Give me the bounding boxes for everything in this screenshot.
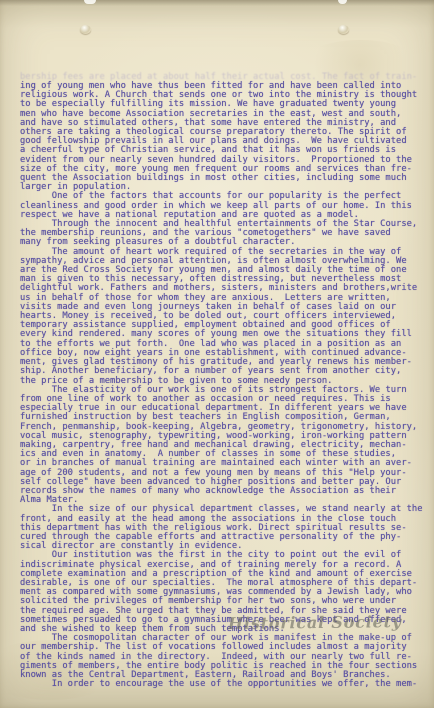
staple-dimple-mark: [338, 25, 349, 34]
paragraph: The amount of heart work required of the…: [20, 248, 426, 386]
paragraph: One of the factors that accounts for our…: [20, 192, 426, 220]
paragraph: In the size of our physical department c…: [20, 505, 426, 551]
paragraph: ing of young men who have thus been fitt…: [20, 82, 426, 192]
typewritten-text-body: ing of young men who have thus been fitt…: [20, 82, 426, 689]
historical-society-watermark: Historical Society: [228, 612, 402, 633]
staple-dimple-mark: [80, 25, 91, 34]
paragraph: In order to encourage the use of the opp…: [20, 680, 426, 689]
paragraph: Through the innocent and healthful enter…: [20, 220, 426, 248]
document-page: bership fees are placed at about half th…: [0, 0, 434, 708]
paper-top-edge: [0, 0, 434, 6]
paragraph: The elasticity of our work is one of its…: [20, 386, 426, 506]
paragraph: The cosmopolitan character of our work i…: [20, 634, 426, 680]
